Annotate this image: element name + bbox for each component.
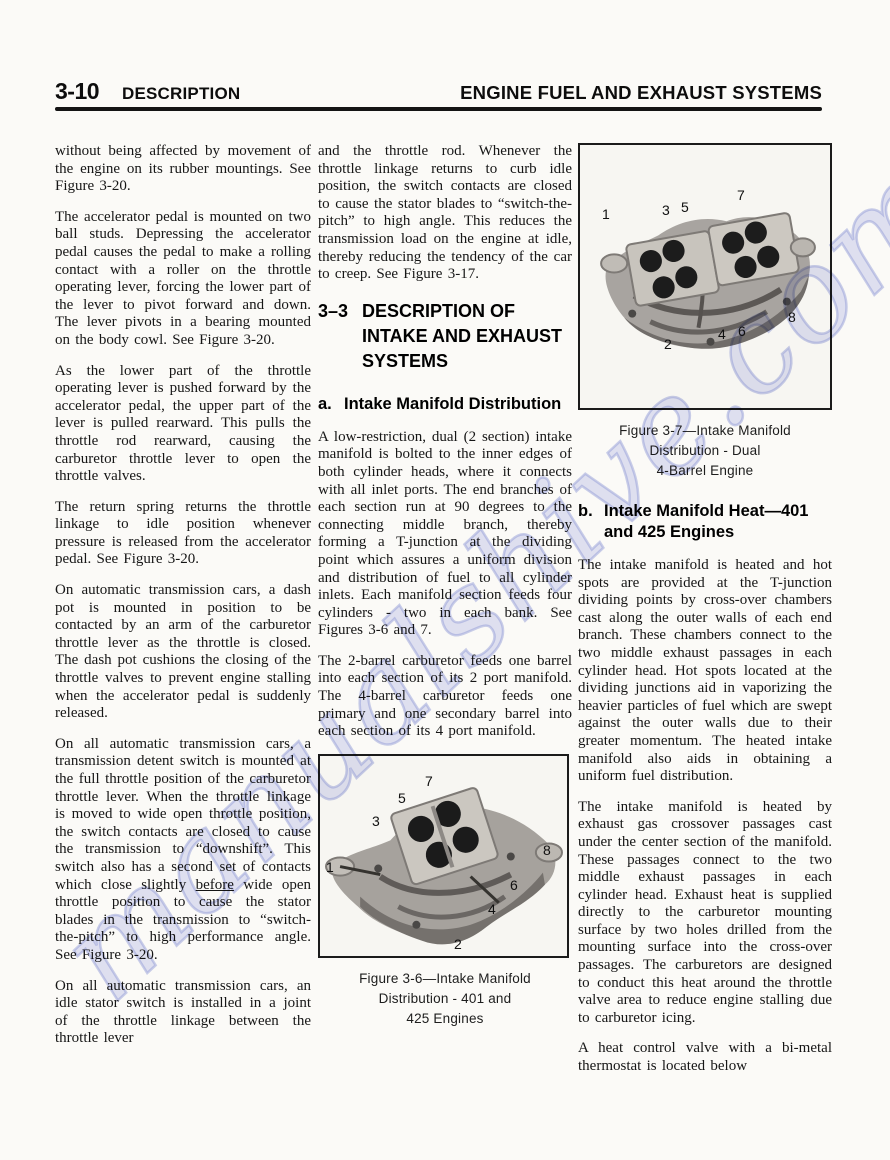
figure-callout: 8 (788, 310, 796, 324)
figure-callout: 4 (718, 327, 726, 341)
figure-3-6: 1 2 3 4 5 6 7 8 (318, 754, 569, 958)
caption-line: Figure 3-6—Intake Manifold (318, 969, 572, 989)
paragraph: A low-restriction, dual (2 section) inta… (318, 429, 572, 640)
figure-3-6-caption: Figure 3-6—Intake Manifold Distribution … (318, 969, 572, 1029)
paragraph: The accelerator pedal is mounted on two … (55, 209, 311, 350)
figure-callout: 1 (326, 860, 334, 874)
figure-callout: 4 (488, 902, 496, 916)
paragraph: The 2-barrel carburetor feeds one barrel… (318, 653, 572, 741)
paragraph: As the lower part of the throttle operat… (55, 363, 311, 486)
paragraph: without being affected by movement of th… (55, 143, 311, 196)
figure-callout: 7 (425, 774, 433, 788)
paragraph: The return spring returns the throttle l… (55, 499, 311, 569)
subsection-letter: b. (578, 501, 604, 543)
caption-line: Figure 3-7—Intake Manifold (578, 421, 832, 441)
caption-line: 4-Barrel Engine (578, 461, 832, 481)
subsection-letter: a. (318, 394, 344, 415)
figure-callout: 2 (454, 937, 462, 951)
subsection-title: Intake Manifold Distribution (344, 394, 572, 415)
paragraph-segment: On all automatic transmission cars, a tr… (55, 736, 311, 893)
header-rule (55, 107, 822, 111)
paragraph: The intake manifold is heated by exhaust… (578, 799, 832, 1028)
intake-manifold-photo (320, 756, 567, 956)
subsection-heading-a: a. Intake Manifold Distribution (318, 394, 572, 415)
figure-callout: 2 (664, 337, 672, 351)
left-column: without being affected by movement of th… (55, 143, 311, 1061)
page-number: 3-10 (55, 78, 99, 105)
figure-callout: 6 (510, 878, 518, 892)
figure-callout: 8 (543, 843, 551, 857)
paragraph: On all automatic transmission cars, a tr… (55, 736, 311, 965)
figure-callout: 6 (738, 324, 746, 338)
figure-3-7-caption: Figure 3-7—Intake Manifold Distribution … (578, 421, 832, 481)
section-title: DESCRIPTION OF INTAKE AND EXHAUST SYSTEM… (362, 299, 572, 374)
paragraph: and the throttle rod. Whenever the throt… (318, 143, 572, 284)
paragraph: The intake manifold is heated and hot sp… (578, 557, 832, 786)
right-column: 1 2 3 4 5 6 7 8 Figure 3-7—Intake Manifo… (578, 143, 832, 1089)
intake-manifold-photo (580, 145, 830, 408)
caption-line: Distribution - Dual (578, 441, 832, 461)
figure-3-7: 1 2 3 4 5 6 7 8 (578, 143, 832, 410)
header-title: ENGINE FUEL AND EXHAUST SYSTEMS (460, 82, 822, 104)
middle-column: and the throttle rod. Whenever the throt… (318, 143, 572, 1029)
header-section-label: DESCRIPTION (122, 84, 240, 104)
underlined-word: before (196, 877, 234, 893)
figure-callout: 7 (737, 188, 745, 202)
figure-callout: 5 (681, 200, 689, 214)
section-heading: 3–3 DESCRIPTION OF INTAKE AND EXHAUST SY… (318, 299, 572, 374)
figure-callout: 1 (602, 207, 610, 221)
paragraph: A heat control valve with a bi-metal the… (578, 1040, 832, 1075)
figure-callout: 3 (662, 203, 670, 217)
figure-callout: 5 (398, 791, 406, 805)
manual-page: manualshive.com 3-10 DESCRIPTION ENGINE … (0, 0, 890, 1160)
caption-line: Distribution - 401 and (318, 989, 572, 1009)
paragraph: On automatic transmission cars, a dash p… (55, 582, 311, 723)
caption-line: 425 Engines (318, 1009, 572, 1029)
subsection-heading-b: b. Intake Manifold Heat—401 and 425 Engi… (578, 501, 832, 543)
paragraph: On all automatic transmission cars, an i… (55, 978, 311, 1048)
section-number: 3–3 (318, 299, 362, 374)
subsection-title: Intake Manifold Heat—401 and 425 Engines (604, 501, 832, 543)
figure-callout: 3 (372, 814, 380, 828)
